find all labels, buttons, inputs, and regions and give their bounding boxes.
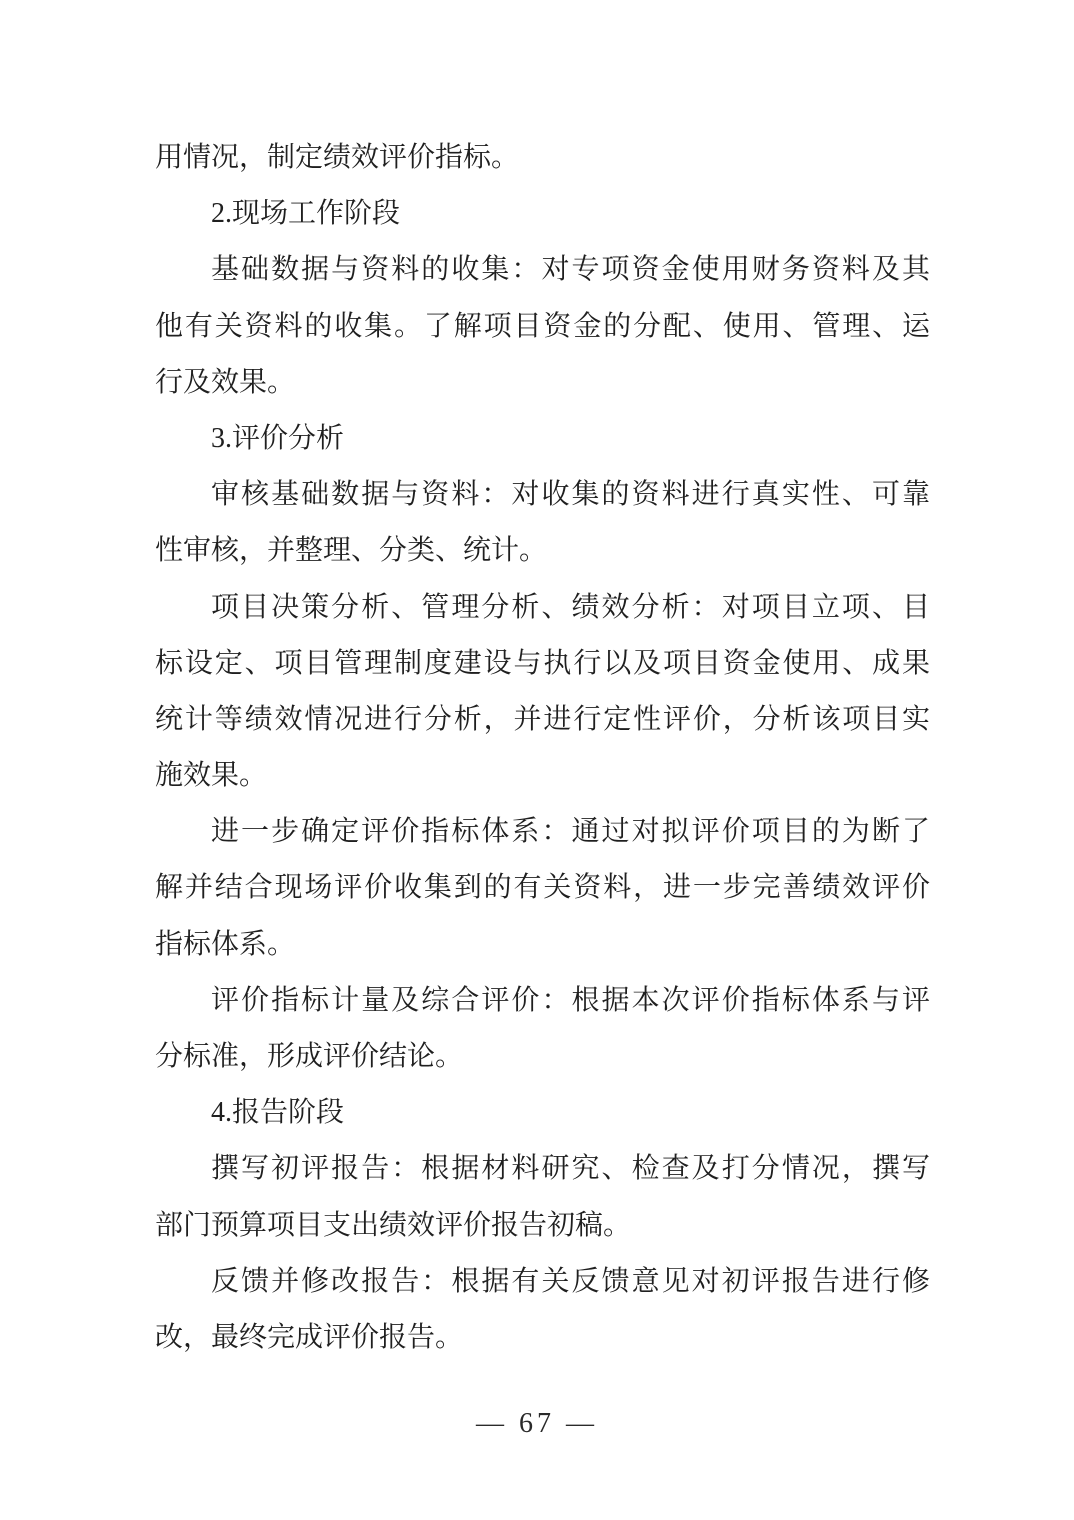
text-line: 部门预算项目支出绩效评价报告初稿。: [155, 1198, 930, 1254]
text-line: 解并结合现场评价收集到的有关资料，进一步完善绩效评价: [155, 860, 930, 916]
text-line: 评价指标计量及综合评价：根据本次评价指标体系与评: [155, 973, 930, 1029]
text-line: 3.评价分析: [155, 411, 930, 467]
text-line: 施效果。: [155, 748, 930, 804]
text-line: 撰写初评报告：根据材料研究、检查及打分情况，撰写: [155, 1141, 930, 1197]
text-line: 行及效果。: [155, 355, 930, 411]
text-line: 指标体系。: [155, 917, 930, 973]
text-line: 改，最终完成评价报告。: [155, 1310, 930, 1366]
text-line: 审核基础数据与资料：对收集的资料进行真实性、可靠: [155, 467, 930, 523]
text-line: 4.报告阶段: [155, 1085, 930, 1141]
text-line: 统计等绩效情况进行分析，并进行定性评价，分析该项目实: [155, 692, 930, 748]
page-number: — 67 —: [0, 1408, 1074, 1440]
text-line: 分标准，形成评价结论。: [155, 1029, 930, 1085]
text-line: 2.现场工作阶段: [155, 186, 930, 242]
text-line: 性审核，并整理、分类、统计。: [155, 523, 930, 579]
text-line: 进一步确定评价指标体系：通过对拟评价项目的为断了: [155, 804, 930, 860]
text-line: 标设定、项目管理制度建设与执行以及项目资金使用、成果: [155, 636, 930, 692]
text-line: 项目决策分析、管理分析、绩效分析：对项目立项、目: [155, 580, 930, 636]
text-line: 基础数据与资料的收集：对专项资金使用财务资料及其: [155, 242, 930, 298]
text-line: 反馈并修改报告：根据有关反馈意见对初评报告进行修: [155, 1254, 930, 1310]
document-page: 用情况，制定绩效评价指标。2.现场工作阶段基础数据与资料的收集：对专项资金使用财…: [0, 0, 1074, 1520]
document-body: 用情况，制定绩效评价指标。2.现场工作阶段基础数据与资料的收集：对专项资金使用财…: [155, 130, 930, 1366]
text-line: 用情况，制定绩效评价指标。: [155, 130, 930, 186]
text-line: 他有关资料的收集。了解项目资金的分配、使用、管理、运: [155, 299, 930, 355]
